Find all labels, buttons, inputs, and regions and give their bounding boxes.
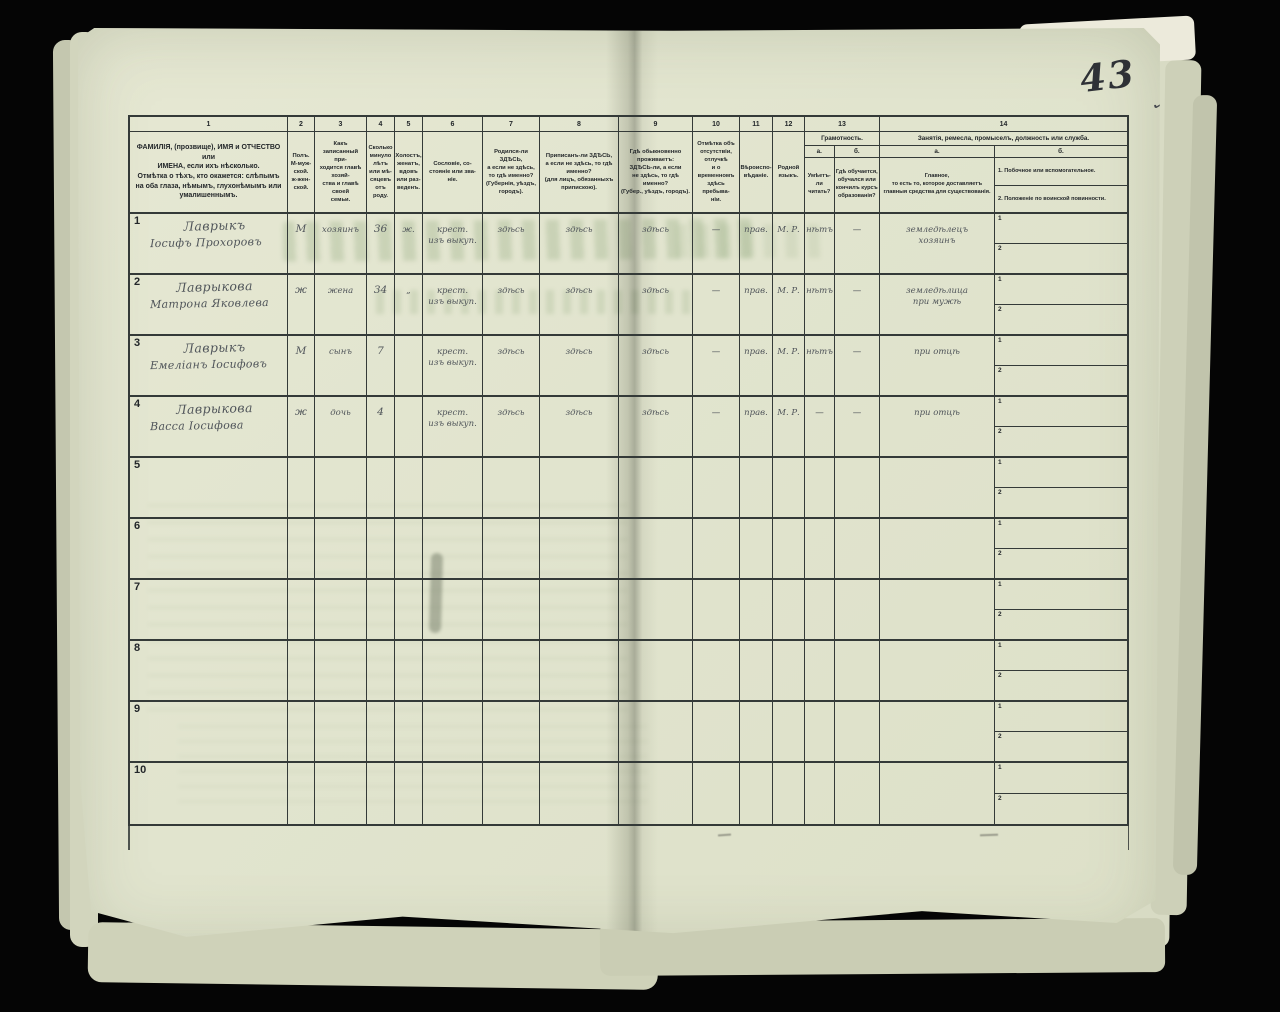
header-relation: Какъ записанный при- ходится главѣ хозяй… bbox=[315, 132, 367, 212]
cell-religion bbox=[740, 458, 773, 517]
cell-estate: крест. изъ выкуп. bbox=[423, 336, 483, 395]
cell-marital: ж. bbox=[395, 214, 423, 273]
col-number: 12 bbox=[773, 117, 805, 131]
header-name: ФАМИЛІЯ, (прозвище), ИМЯ и ОТЧЕСТВО или … bbox=[130, 132, 288, 212]
cell-absence bbox=[693, 763, 740, 824]
cell-name: 8 bbox=[130, 641, 288, 700]
cell-age: 36 bbox=[367, 214, 395, 273]
col-number: 13 bbox=[805, 117, 880, 131]
cell-religion bbox=[740, 580, 773, 639]
table-row: 10 1 2 bbox=[130, 763, 1127, 824]
column-line-tails bbox=[128, 825, 1129, 850]
cell-religion bbox=[740, 519, 773, 578]
cell-absence bbox=[693, 580, 740, 639]
military-status-subcell: 2 bbox=[995, 305, 1127, 334]
surname-handwriting bbox=[146, 460, 283, 464]
col-number: 14 bbox=[880, 117, 1127, 131]
cell-literacy-read: нѣтъ bbox=[805, 275, 835, 334]
cell-residence bbox=[619, 763, 693, 824]
header-row: ФАМИЛІЯ, (прозвище), ИМЯ и ОТЧЕСТВО или … bbox=[130, 132, 1127, 214]
cell-marital bbox=[395, 641, 423, 700]
cell-relation: сынъ bbox=[315, 336, 367, 395]
surname-handwriting: Лаврыкова bbox=[146, 277, 283, 296]
cell-birthplace bbox=[483, 702, 540, 761]
cell-registration: здѣсь bbox=[540, 275, 619, 334]
cell-name: 2 Лаврыкова Матрона Яковлева bbox=[130, 275, 288, 334]
row-number: 4 bbox=[134, 398, 140, 410]
cell-occupation-main: земледѣлица при мужѣ bbox=[880, 275, 995, 334]
col-number: 10 bbox=[693, 117, 740, 131]
secondary-occupation-subcell: 1 bbox=[995, 397, 1127, 427]
subrow-label-1: 1 bbox=[998, 337, 1002, 344]
book-scan: 43 ✓ 1 2 3 4 5 6 7 8 9 10 11 12 13 14 bbox=[0, 0, 1280, 1012]
subrow-label-2: 2 bbox=[998, 550, 1002, 557]
cell-occupation-secondary: 1 2 bbox=[995, 702, 1127, 761]
cell-literacy-study: — bbox=[835, 397, 880, 456]
cell-residence: здѣсь bbox=[619, 275, 693, 334]
occupation-b1-desc: 1. Побочное или вспомогательное. bbox=[995, 158, 1127, 186]
cell-absence: — bbox=[693, 214, 740, 273]
cell-marital bbox=[395, 702, 423, 761]
cell-age: 34 bbox=[367, 275, 395, 334]
header-estate: Сословіе, со- стояніе или зва- ніе. bbox=[423, 132, 483, 212]
cell-birthplace bbox=[483, 641, 540, 700]
cell-occupation-main bbox=[880, 519, 995, 578]
literacy-b-label: б. bbox=[835, 146, 879, 157]
col-number: 2 bbox=[288, 117, 315, 131]
subrow-label-2: 2 bbox=[998, 611, 1002, 618]
cell-estate bbox=[423, 580, 483, 639]
literacy-a-label: а. bbox=[805, 146, 835, 157]
cell-occupation-main bbox=[880, 763, 995, 824]
cell-marital bbox=[395, 580, 423, 639]
col-number: 1 bbox=[130, 117, 288, 131]
cell-occupation-main bbox=[880, 580, 995, 639]
subrow-label-2: 2 bbox=[998, 733, 1002, 740]
secondary-occupation-subcell: 1 bbox=[995, 214, 1127, 244]
subrow-label-2: 2 bbox=[998, 306, 1002, 313]
table-row: 6 1 2 bbox=[130, 519, 1127, 580]
cell-occupation-secondary: 1 2 bbox=[995, 336, 1127, 395]
cell-name: 1 Лаврыкъ Іосифъ Прохоровъ bbox=[130, 214, 288, 273]
secondary-occupation-subcell: 1 bbox=[995, 336, 1127, 366]
cell-occupation-secondary: 1 2 bbox=[995, 580, 1127, 639]
subrow-label-2: 2 bbox=[998, 672, 1002, 679]
literacy-b-desc: Гдѣ обучается, обучался или кончилъ курс… bbox=[835, 158, 879, 212]
cell-absence bbox=[693, 519, 740, 578]
given-name-handwriting: Матрона Яковлева bbox=[146, 296, 283, 311]
cell-occupation-main: земледѣлецъ хозяинъ bbox=[880, 214, 995, 273]
military-status-subcell: 2 bbox=[995, 366, 1127, 395]
surname-handwriting bbox=[146, 704, 283, 708]
cell-residence: здѣсь bbox=[619, 397, 693, 456]
header-religion: Вѣроиспо- вѣданіе. bbox=[740, 132, 773, 212]
cell-occupation-secondary: 1 2 bbox=[995, 397, 1127, 456]
cell-age bbox=[367, 641, 395, 700]
cell-literacy-study bbox=[835, 580, 880, 639]
military-status-subcell: 2 bbox=[995, 610, 1127, 639]
cell-estate: крест. изъ выкуп. bbox=[423, 397, 483, 456]
row-number: 1 bbox=[134, 215, 140, 227]
cell-birthplace: здѣсь bbox=[483, 397, 540, 456]
cell-residence bbox=[619, 702, 693, 761]
cell-literacy-study bbox=[835, 763, 880, 824]
cell-religion bbox=[740, 641, 773, 700]
cell-occupation-main bbox=[880, 702, 995, 761]
surname-handwriting bbox=[146, 643, 283, 647]
secondary-occupation-subcell: 1 bbox=[995, 702, 1127, 732]
header-registration: Приписанъ-ли ЗДѢСЬ, а если не здѣсь, то … bbox=[540, 132, 619, 212]
cell-language: М. Р. bbox=[773, 336, 805, 395]
military-status-subcell: 2 bbox=[995, 488, 1127, 517]
cell-language bbox=[773, 763, 805, 824]
cell-birthplace bbox=[483, 458, 540, 517]
cell-relation bbox=[315, 519, 367, 578]
cell-language bbox=[773, 580, 805, 639]
cell-occupation-main: при отцѣ bbox=[880, 336, 995, 395]
cell-sex: ж bbox=[288, 275, 315, 334]
col-number: 3 bbox=[315, 117, 367, 131]
page-number: 43 bbox=[1078, 51, 1138, 101]
cell-literacy-study: — bbox=[835, 214, 880, 273]
cell-absence: — bbox=[693, 275, 740, 334]
row-number: 8 bbox=[134, 642, 140, 654]
cell-literacy-study: — bbox=[835, 336, 880, 395]
cell-age: 7 bbox=[367, 336, 395, 395]
cell-sex: М bbox=[288, 336, 315, 395]
cell-sex bbox=[288, 763, 315, 824]
cell-occupation-secondary: 1 2 bbox=[995, 275, 1127, 334]
cell-registration bbox=[540, 458, 619, 517]
col-number: 8 bbox=[540, 117, 619, 131]
cell-religion bbox=[740, 763, 773, 824]
cell-residence: здѣсь bbox=[619, 214, 693, 273]
cell-registration bbox=[540, 702, 619, 761]
military-status-subcell: 2 bbox=[995, 549, 1127, 578]
table-row: 4 Лаврыкова Васса Іосифова ж дочь 4 крес… bbox=[130, 397, 1127, 458]
cell-birthplace bbox=[483, 519, 540, 578]
header-literacy-group: Грамотность. а. б. Умѣетъ- ли читать? Гд… bbox=[805, 132, 880, 212]
cell-literacy-study bbox=[835, 702, 880, 761]
cell-literacy-read: нѣтъ bbox=[805, 336, 835, 395]
cell-sex bbox=[288, 519, 315, 578]
table-row: 8 1 2 bbox=[130, 641, 1127, 702]
cell-relation bbox=[315, 580, 367, 639]
col-number: 5 bbox=[395, 117, 423, 131]
row-number: 2 bbox=[134, 276, 140, 288]
cell-name: 5 bbox=[130, 458, 288, 517]
cell-language: М. Р. bbox=[773, 275, 805, 334]
cell-birthplace: здѣсь bbox=[483, 214, 540, 273]
given-name-handwriting: Емеліанъ Іосифовъ bbox=[146, 357, 283, 372]
table-row: 7 1 2 bbox=[130, 580, 1127, 641]
subrow-label-1: 1 bbox=[998, 398, 1002, 405]
occupation-title: Занятія, ремесла, промыселъ, должность и… bbox=[880, 132, 1127, 146]
cell-occupation-secondary: 1 2 bbox=[995, 763, 1127, 824]
cell-estate bbox=[423, 641, 483, 700]
occupation-a-label: а. bbox=[880, 146, 995, 157]
cell-literacy-study bbox=[835, 458, 880, 517]
row-number: 3 bbox=[134, 337, 140, 349]
table-row: 1 Лаврыкъ Іосифъ Прохоровъ М хозяинъ 36 … bbox=[130, 214, 1127, 275]
cell-occupation-main bbox=[880, 458, 995, 517]
cell-marital bbox=[395, 336, 423, 395]
cell-religion: прав. bbox=[740, 214, 773, 273]
cell-language bbox=[773, 702, 805, 761]
cell-age bbox=[367, 702, 395, 761]
cell-occupation-secondary: 1 2 bbox=[995, 641, 1127, 700]
cell-age bbox=[367, 763, 395, 824]
table-row: 3 Лаврыкъ Емеліанъ Іосифовъ М сынъ 7 кре… bbox=[130, 336, 1127, 397]
cell-registration bbox=[540, 641, 619, 700]
cell-age bbox=[367, 580, 395, 639]
surname-handwriting: Лаврыкъ bbox=[146, 338, 283, 357]
cell-literacy-read: нѣтъ bbox=[805, 214, 835, 273]
cell-language bbox=[773, 458, 805, 517]
census-table: 1 2 3 4 5 6 7 8 9 10 11 12 13 14 ФАМИЛІЯ… bbox=[128, 115, 1129, 826]
header-residence: Гдѣ обыкновенно проживаетъ: ЗДѢСЬ-ли, а … bbox=[619, 132, 693, 212]
cell-name: 3 Лаврыкъ Емеліанъ Іосифовъ bbox=[130, 336, 288, 395]
cell-residence: здѣсь bbox=[619, 336, 693, 395]
table-row: 2 Лаврыкова Матрона Яковлева ж жена 34 „… bbox=[130, 275, 1127, 336]
row-number: 9 bbox=[134, 703, 140, 715]
cell-relation bbox=[315, 763, 367, 824]
table-body: 1 Лаврыкъ Іосифъ Прохоровъ М хозяинъ 36 … bbox=[130, 214, 1127, 824]
col-number: 7 bbox=[483, 117, 540, 131]
given-name-handwriting bbox=[146, 646, 283, 648]
header-marital: Холостъ, женатъ, вдовъ или раз- веденъ. bbox=[395, 132, 423, 212]
cell-occupation-main: при отцѣ bbox=[880, 397, 995, 456]
military-status-subcell: 2 bbox=[995, 732, 1127, 761]
surname-handwriting: Лаврыкова bbox=[146, 399, 283, 418]
literacy-title: Грамотность. bbox=[805, 132, 879, 146]
cell-registration bbox=[540, 580, 619, 639]
cell-registration: здѣсь bbox=[540, 214, 619, 273]
col-number: 11 bbox=[740, 117, 773, 131]
military-status-subcell: 2 bbox=[995, 671, 1127, 700]
cell-age: 4 bbox=[367, 397, 395, 456]
cell-name: 6 bbox=[130, 519, 288, 578]
cell-registration: здѣсь bbox=[540, 397, 619, 456]
surname-handwriting bbox=[146, 765, 283, 769]
cell-estate bbox=[423, 702, 483, 761]
header-language: Родной языкъ. bbox=[773, 132, 805, 212]
cell-religion: прав. bbox=[740, 275, 773, 334]
col-number: 9 bbox=[619, 117, 693, 131]
subrow-label-1: 1 bbox=[998, 642, 1002, 649]
subrow-label-1: 1 bbox=[998, 703, 1002, 710]
cell-estate bbox=[423, 763, 483, 824]
cell-sex bbox=[288, 702, 315, 761]
cell-relation bbox=[315, 641, 367, 700]
row-number: 5 bbox=[134, 459, 140, 471]
census-page: 43 ✓ 1 2 3 4 5 6 7 8 9 10 11 12 13 14 bbox=[78, 28, 1160, 946]
surname-handwriting bbox=[146, 582, 283, 586]
cell-birthplace bbox=[483, 580, 540, 639]
subrow-label-1: 1 bbox=[998, 520, 1002, 527]
cell-birthplace: здѣсь bbox=[483, 275, 540, 334]
cell-name: 7 bbox=[130, 580, 288, 639]
subrow-label-2: 2 bbox=[998, 428, 1002, 435]
cell-literacy-read bbox=[805, 763, 835, 824]
row-number: 6 bbox=[134, 520, 140, 532]
cell-estate bbox=[423, 519, 483, 578]
subrow-label-1: 1 bbox=[998, 764, 1002, 771]
cell-age bbox=[367, 519, 395, 578]
subrow-label-1: 1 bbox=[998, 459, 1002, 466]
cell-language: М. Р. bbox=[773, 397, 805, 456]
row-number: 7 bbox=[134, 581, 140, 593]
subrow-label-1: 1 bbox=[998, 581, 1002, 588]
subrow-label-2: 2 bbox=[998, 795, 1002, 802]
given-name-handwriting bbox=[146, 463, 283, 465]
cell-sex: ж bbox=[288, 397, 315, 456]
cell-sex bbox=[288, 458, 315, 517]
cell-literacy-read bbox=[805, 641, 835, 700]
cell-residence bbox=[619, 519, 693, 578]
cell-language bbox=[773, 641, 805, 700]
col-number: 4 bbox=[367, 117, 395, 131]
cell-residence bbox=[619, 641, 693, 700]
cell-literacy-read bbox=[805, 702, 835, 761]
header-birthplace: Родился-ли ЗДѢСЬ, а если не здѣсь, то гд… bbox=[483, 132, 540, 212]
given-name-handwriting bbox=[146, 585, 283, 587]
cell-birthplace bbox=[483, 763, 540, 824]
cell-absence bbox=[693, 641, 740, 700]
secondary-occupation-subcell: 1 bbox=[995, 763, 1127, 794]
cell-residence bbox=[619, 580, 693, 639]
cell-registration bbox=[540, 519, 619, 578]
cell-name: 9 bbox=[130, 702, 288, 761]
cell-relation: жена bbox=[315, 275, 367, 334]
cell-sex: М bbox=[288, 214, 315, 273]
cell-relation bbox=[315, 458, 367, 517]
given-name-handwriting bbox=[146, 524, 283, 526]
cell-estate: крест. изъ выкуп. bbox=[423, 275, 483, 334]
given-name-handwriting: Іосифъ Прохоровъ bbox=[146, 235, 283, 250]
secondary-occupation-subcell: 1 bbox=[995, 275, 1127, 305]
cell-registration: здѣсь bbox=[540, 336, 619, 395]
cell-relation bbox=[315, 702, 367, 761]
given-name-handwriting: Васса Іосифова bbox=[146, 418, 283, 433]
cell-estate bbox=[423, 458, 483, 517]
header-sex: Полъ. М-муж- ской. ж-жен- ской. bbox=[288, 132, 315, 212]
cell-literacy-read bbox=[805, 519, 835, 578]
cell-literacy-study bbox=[835, 519, 880, 578]
cell-occupation-main bbox=[880, 641, 995, 700]
secondary-occupation-subcell: 1 bbox=[995, 580, 1127, 610]
header-absence: Отмѣтка объ отсутствіи, отлучкѣ и о врем… bbox=[693, 132, 740, 212]
cell-estate: крест. изъ выкуп. bbox=[423, 214, 483, 273]
cell-literacy-read bbox=[805, 458, 835, 517]
subrow-label-1: 1 bbox=[998, 215, 1002, 222]
cell-absence: — bbox=[693, 336, 740, 395]
cell-language bbox=[773, 519, 805, 578]
military-status-subcell: 2 bbox=[995, 794, 1127, 824]
cell-occupation-secondary: 1 2 bbox=[995, 519, 1127, 578]
cell-age bbox=[367, 458, 395, 517]
cell-name: 4 Лаврыкова Васса Іосифова bbox=[130, 397, 288, 456]
cell-religion bbox=[740, 702, 773, 761]
row-number: 10 bbox=[134, 764, 146, 776]
literacy-a-desc: Умѣетъ- ли читать? bbox=[805, 158, 835, 212]
cell-religion: прав. bbox=[740, 397, 773, 456]
cell-literacy-study bbox=[835, 641, 880, 700]
header-age: Сколько минуло лѣтъ или мѣ- сяцевъ отъ р… bbox=[367, 132, 395, 212]
military-status-subcell: 2 bbox=[995, 427, 1127, 456]
cell-birthplace: здѣсь bbox=[483, 336, 540, 395]
cell-literacy-read: — bbox=[805, 397, 835, 456]
cell-occupation-secondary: 1 2 bbox=[995, 458, 1127, 517]
cell-marital: „ bbox=[395, 275, 423, 334]
header-occupation-group: Занятія, ремесла, промыселъ, должность и… bbox=[880, 132, 1127, 212]
given-name-handwriting bbox=[146, 707, 283, 709]
subrow-label-2: 2 bbox=[998, 489, 1002, 496]
cell-relation: хозяинъ bbox=[315, 214, 367, 273]
subrow-label-2: 2 bbox=[998, 367, 1002, 374]
occupation-a-desc: Главное, то есть то, которое доставляетъ… bbox=[880, 158, 995, 212]
cell-name: 10 bbox=[130, 763, 288, 824]
occupation-b-label: б. bbox=[995, 146, 1127, 157]
cell-marital bbox=[395, 763, 423, 824]
military-status-subcell: 2 bbox=[995, 244, 1127, 273]
cell-marital bbox=[395, 397, 423, 456]
cell-marital bbox=[395, 519, 423, 578]
occupation-b2-desc: 2. Положеніе по воинской повинности. bbox=[995, 186, 1127, 213]
secondary-occupation-subcell: 1 bbox=[995, 458, 1127, 488]
column-number-row: 1 2 3 4 5 6 7 8 9 10 11 12 13 14 bbox=[130, 117, 1127, 132]
given-name-handwriting bbox=[146, 768, 283, 770]
secondary-occupation-subcell: 1 bbox=[995, 519, 1127, 549]
cell-occupation-secondary: 1 2 bbox=[995, 214, 1127, 273]
cell-absence bbox=[693, 702, 740, 761]
cell-relation: дочь bbox=[315, 397, 367, 456]
col-number: 6 bbox=[423, 117, 483, 131]
cell-language: М. Р. bbox=[773, 214, 805, 273]
cell-sex bbox=[288, 580, 315, 639]
cell-religion: прав. bbox=[740, 336, 773, 395]
cell-marital bbox=[395, 458, 423, 517]
surname-handwriting bbox=[146, 521, 283, 525]
cell-absence: — bbox=[693, 397, 740, 456]
secondary-occupation-subcell: 1 bbox=[995, 641, 1127, 671]
subrow-label-2: 2 bbox=[998, 245, 1002, 252]
table-row: 5 1 2 bbox=[130, 458, 1127, 519]
surname-handwriting: Лаврыкъ bbox=[146, 216, 283, 235]
cell-sex bbox=[288, 641, 315, 700]
cell-absence bbox=[693, 458, 740, 517]
cell-residence bbox=[619, 458, 693, 517]
cell-literacy-read bbox=[805, 580, 835, 639]
table-row: 9 1 2 bbox=[130, 702, 1127, 763]
cell-registration bbox=[540, 763, 619, 824]
cell-literacy-study: — bbox=[835, 275, 880, 334]
subrow-label-1: 1 bbox=[998, 276, 1002, 283]
